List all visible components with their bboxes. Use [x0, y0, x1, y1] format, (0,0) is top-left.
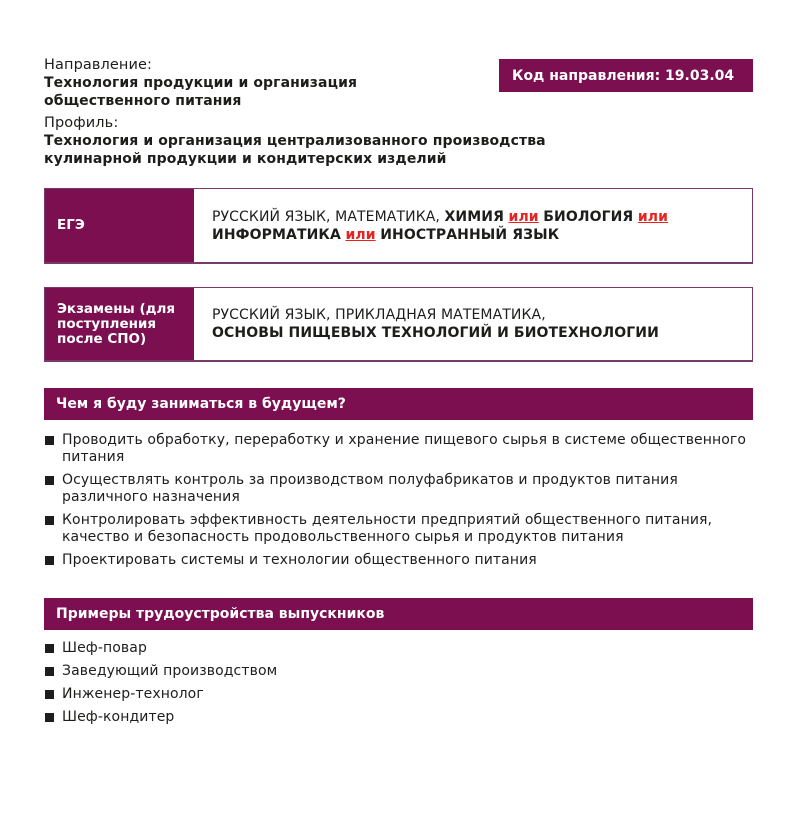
list-item: Проектировать системы и технологии общес… [44, 552, 753, 569]
spo-bold-subjects: ОСНОВЫ ПИЩЕВЫХ ТЕХНОЛОГИЙ И БИОТЕХНОЛОГИ… [212, 324, 659, 342]
direction-block: Направление: Технология продукции и орга… [44, 56, 484, 110]
ege-row: ЕГЭ РУССКИЙ ЯЗЫК, МАТЕМАТИКА, ХИМИЯ или … [44, 188, 753, 264]
ege-label: ЕГЭ [45, 189, 194, 262]
list-item: Проводить обработку, переработку и хране… [44, 432, 753, 466]
square-bullet-icon [45, 436, 54, 445]
square-bullet-icon [45, 644, 54, 653]
or-connector: или [509, 209, 539, 225]
list-item: Заведующий производством [44, 663, 753, 680]
future-section-title: Чем я буду заниматься в будущем? [44, 388, 753, 420]
square-bullet-icon [45, 516, 54, 525]
ege-subjects: РУССКИЙ ЯЗЫК, МАТЕМАТИКА, ХИМИЯ или БИОЛ… [194, 189, 752, 262]
direction-label: Направление: [44, 56, 484, 74]
square-bullet-icon [45, 556, 54, 565]
or-connector: или [345, 227, 375, 243]
list-item: Осуществлять контроль за производством п… [44, 472, 753, 506]
direction-code-badge: Код направления: 19.03.04 [499, 59, 753, 92]
list-item: Шеф-кондитер [44, 709, 753, 726]
square-bullet-icon [45, 476, 54, 485]
direction-value-line2: общественного питания [44, 92, 484, 110]
spo-label: Экзамены (для поступления после СПО) [45, 288, 194, 360]
spo-subjects: РУССКИЙ ЯЗЫК, ПРИКЛАДНАЯ МАТЕМАТИКА, ОСН… [194, 288, 752, 360]
list-item: Контролировать эффективность деятельност… [44, 512, 753, 546]
profile-block: Профиль: Технология и организация центра… [44, 114, 744, 168]
ege-subject-informatics: ИНФОРМАТИКА [212, 227, 341, 243]
direction-value-line1: Технология продукции и организация [44, 74, 484, 92]
list-item: Инженер-технолог [44, 686, 753, 703]
jobs-section-title: Примеры трудоустройства выпускников [44, 598, 753, 630]
ege-subject-biology: БИОЛОГИЯ [543, 209, 633, 225]
profile-value-line2: кулинарной продукции и кондитерских изде… [44, 150, 744, 168]
list-item: Шеф-повар [44, 640, 753, 657]
profile-value-line1: Технология и организация централизованно… [44, 132, 744, 150]
future-list: Проводить обработку, переработку и хране… [44, 432, 753, 575]
spo-regular-subjects: РУССКИЙ ЯЗЫК, ПРИКЛАДНАЯ МАТЕМАТИКА, [212, 306, 659, 324]
ege-regular-subjects: РУССКИЙ ЯЗЫК, МАТЕМАТИКА, [212, 209, 445, 225]
square-bullet-icon [45, 713, 54, 722]
jobs-list: Шеф-повар Заведующий производством Инжен… [44, 640, 753, 732]
square-bullet-icon [45, 690, 54, 699]
spo-exams-row: Экзамены (для поступления после СПО) РУС… [44, 287, 753, 362]
ege-subject-foreign-language: ИНОСТРАННЫЙ ЯЗЫК [380, 227, 559, 243]
profile-label: Профиль: [44, 114, 744, 132]
ege-subject-chemistry: ХИМИЯ [445, 209, 504, 225]
square-bullet-icon [45, 667, 54, 676]
or-connector: или [638, 209, 668, 225]
